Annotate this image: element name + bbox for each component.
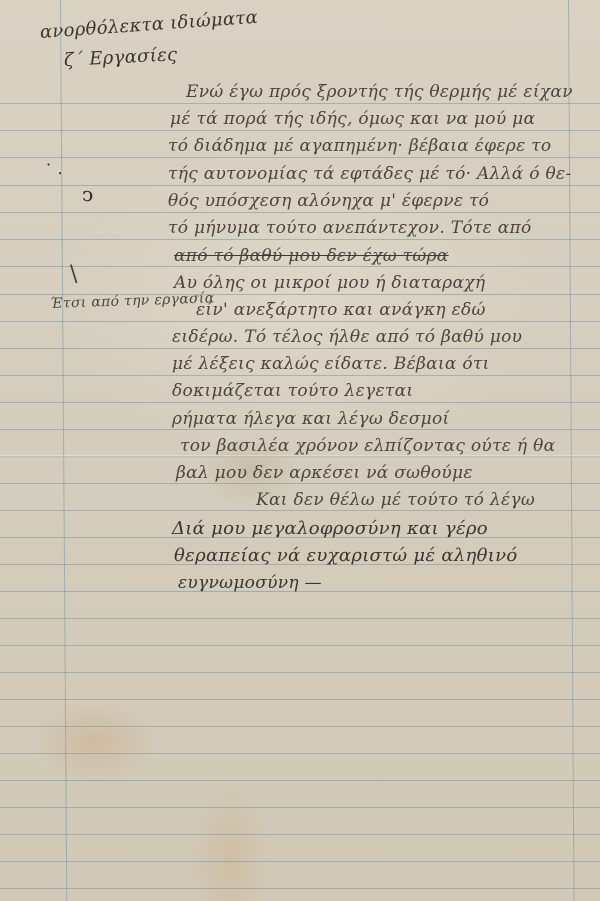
ruled-line <box>0 726 600 727</box>
ruled-line <box>0 807 600 808</box>
ruled-line <box>0 375 600 376</box>
ruled-line <box>0 483 600 484</box>
body-line: δοκιμάζεται τούτο λεγεται <box>172 381 413 401</box>
body-line: τον βασιλέα χρόνον ελπίζοντας ούτε ή θα <box>180 436 555 456</box>
body-line: Ενώ έγω πρός ξροντής τής θερμής μέ είχαν <box>186 82 573 102</box>
ruled-line <box>0 239 600 240</box>
manuscript-page: ανορθόλεκτα ιδιώματα ζ΄ Εργασίες · ⸱ ↄ \… <box>0 0 600 901</box>
body-line: Αυ όλης οι μικροί μου ή διαταραχή <box>174 273 485 293</box>
ruled-line <box>0 888 600 889</box>
heading-line-2: ζ΄ Εργασίες <box>63 44 177 71</box>
ruled-line <box>0 402 600 403</box>
ruled-line <box>0 429 600 430</box>
ruled-line <box>0 212 600 213</box>
body-line: Διά μου μεγαλοφροσύνη και γέρο <box>172 518 488 539</box>
ruled-line <box>0 321 600 322</box>
ruled-line <box>0 780 600 781</box>
body-line-struck: από τό βαθύ μου δεν έχω τώρα <box>174 246 449 266</box>
ink-dots: · <box>46 155 51 174</box>
right-margin-line <box>568 0 575 901</box>
ruled-line <box>0 834 600 835</box>
body-line: τό μήνυμα τούτο ανεπάντεχον. Τότε από <box>168 218 532 238</box>
body-line: θός υπόσχεση αλόνηχα μ' έφερνε τό <box>168 191 489 211</box>
body-line: μέ τά πορά τής ιδής, όμως και να μού μα <box>170 109 535 129</box>
ruled-line <box>0 103 600 104</box>
body-line: Και δεν θέλω μέ τούτο τό λέγω <box>256 490 535 510</box>
ruled-line <box>0 266 600 267</box>
body-line: ρήματα ήλεγα και λέγω δεσμοί <box>172 409 449 429</box>
ruled-line <box>0 699 600 700</box>
ruled-line <box>0 348 600 349</box>
ruled-line <box>0 618 600 619</box>
body-line: τό διάδημα μέ αγαπημένη· βέβαια έφερε το <box>168 136 551 156</box>
body-line: τής αυτονομίας τά εφτάδες μέ τό· Αλλά ό … <box>168 164 572 184</box>
ruled-line <box>0 130 600 131</box>
ruled-line <box>0 157 600 158</box>
body-line: μέ λέξεις καλώς είδατε. Βέβαια ότι <box>172 354 490 374</box>
body-line: ειδέρω. Τό τέλος ήλθε από τό βαθύ μου <box>172 327 522 347</box>
ink-dots: ⸱ <box>58 162 62 184</box>
ruled-line <box>0 861 600 862</box>
ruled-line <box>0 672 600 673</box>
body-line: είν' ανεξάρτητο και ανάγκη εδώ <box>196 300 486 320</box>
left-margin-line <box>60 0 67 901</box>
ruled-line <box>0 510 600 511</box>
body-line: θεραπείας νά ευχαριστώ μέ αληθινό <box>174 545 518 566</box>
body-line: ευγνωμοσύνη — <box>178 573 322 593</box>
ruled-line <box>0 645 600 646</box>
stroke-mark: \ <box>70 262 77 287</box>
ink-hook: ↄ <box>82 182 93 206</box>
body-line: βαλ μου δεν αρκέσει νά σωθούμε <box>176 463 473 483</box>
ruled-line <box>0 753 600 754</box>
heading-line-1: ανορθόλεκτα ιδιώματα <box>39 7 258 43</box>
